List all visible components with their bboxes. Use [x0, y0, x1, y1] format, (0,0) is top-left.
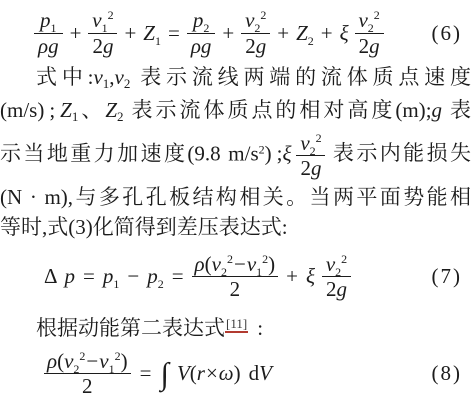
- fraction-denominator: 2g: [241, 33, 270, 57]
- var-rho: ρ: [195, 252, 205, 276]
- fraction-v2sq-over-2g: v222g: [296, 132, 325, 179]
- exponent-2: 2: [316, 131, 322, 145]
- term-Z1: Z1: [60, 98, 78, 122]
- var-xi: ξ: [340, 21, 349, 46]
- fraction-v1sq-over-2g: v12 2g: [88, 9, 117, 56]
- equation-8: ρ(v22−v12) 2 = ∫ V(r×ω) dV (8): [44, 347, 462, 399]
- fraction-numerator: v22: [242, 9, 269, 32]
- num-2: 2: [82, 374, 93, 398]
- term-V-r-cross-omega: V(r×ω): [177, 361, 241, 386]
- unit-newton-meter: (N · m),: [0, 185, 73, 209]
- num-2: 2: [359, 34, 370, 58]
- var-v: v: [358, 8, 367, 32]
- paragraph-line-2: (m/s);Z1、Z2表示流体质点的相对高度(m);g表: [0, 94, 471, 127]
- plus-operator: +: [69, 21, 83, 46]
- var-Z: Z: [296, 21, 308, 45]
- minus-operator: −: [85, 349, 99, 373]
- num-2: 2: [230, 277, 241, 301]
- paragraph-line-5: 等时,式(3)化简得到差压表达式:: [0, 212, 471, 242]
- fraction-denominator: 2g: [296, 155, 325, 179]
- equals-operator: =: [139, 361, 153, 386]
- text-run: 根据动能第二表达式: [36, 316, 225, 340]
- num-2: 2: [300, 156, 311, 180]
- plus-operator: +: [276, 21, 290, 46]
- fraction-denominator: 2g: [88, 33, 117, 57]
- open-paren: (: [205, 252, 212, 276]
- fraction-numerator: p2: [190, 9, 213, 32]
- var-xi: ξ: [282, 141, 291, 165]
- equation-number-8: (8): [432, 361, 463, 386]
- var-v: v: [212, 252, 221, 276]
- cross-product-operator: ×: [205, 361, 219, 385]
- num-2: 2: [92, 34, 103, 58]
- fraction-numerator: v12: [89, 9, 116, 32]
- colon: :: [257, 316, 263, 340]
- var-xi: ξ: [306, 264, 315, 289]
- close-paren: ): [121, 349, 128, 373]
- term-Z1: Z1: [143, 21, 161, 46]
- fraction-denominator: ρg: [34, 33, 63, 57]
- var-v: v: [300, 131, 309, 155]
- minus-operator: −: [233, 252, 247, 276]
- var-g: g: [432, 98, 443, 122]
- fraction-v2sq-over-2g: v22 2g: [241, 9, 270, 56]
- text-run: 等时,式(3)化简得到差压表达式:: [0, 215, 288, 239]
- var-p: p: [193, 8, 204, 32]
- fraction-numerator: v22: [323, 253, 350, 276]
- num-2: 2: [245, 34, 256, 58]
- var-v: v: [326, 252, 335, 276]
- fraction-numerator: v22: [355, 9, 382, 32]
- equation-7: Δ p = p1 − p2 = ρ(v22−v12) 2 + ξ v22 2g …: [44, 247, 462, 305]
- paragraph-line-3: 示当地重力加速度(9.8 m/s2);ξv222g表示内能损失: [0, 127, 471, 182]
- term-v1: v1: [93, 65, 109, 89]
- num-2: 2: [326, 277, 337, 301]
- subscript-1: 1: [155, 34, 161, 48]
- var-p: p: [147, 264, 158, 288]
- enumeration-comma: 、: [78, 98, 105, 122]
- term-Z2: Z2: [105, 98, 123, 122]
- var-g: g: [103, 34, 114, 58]
- var-v: v: [92, 8, 101, 32]
- plus-operator: +: [285, 264, 299, 289]
- unit-9-8-m-per-s2: (9.8 m/s: [187, 141, 258, 165]
- var-Z: Z: [105, 98, 117, 122]
- fraction-denominator: ρg: [187, 33, 216, 57]
- var-p: p: [65, 264, 76, 289]
- fraction-numerator: p1: [37, 9, 60, 32]
- text-run: 表示内能损失: [330, 141, 471, 165]
- close-paren: ): [265, 141, 272, 165]
- close-paren: ): [234, 361, 241, 385]
- integral-symbol: ∫: [160, 358, 169, 389]
- text-run: 表: [447, 98, 471, 122]
- open-paren: (: [190, 361, 197, 385]
- paragraph-line-1: 式中:v1,v2表示流线两端的流体质点速度: [0, 61, 471, 94]
- equation-number-6: (6): [432, 21, 463, 46]
- text-run: 式中:: [36, 65, 93, 89]
- var-rhog: ρg: [38, 34, 59, 58]
- delta-symbol: Δ: [44, 264, 58, 289]
- var-g: g: [311, 156, 322, 180]
- unit-m-per-s: (m/s): [0, 98, 44, 122]
- term-p1: p1: [103, 264, 120, 289]
- subscript-2: 2: [117, 109, 124, 124]
- fraction-rho-v2sq-minus-v1sq-over-2: ρ(v22−v12) 2: [44, 350, 131, 397]
- exponent-2: 2: [260, 8, 266, 22]
- reference-line: 根据动能第二表达式[11]:: [0, 307, 471, 345]
- fraction-v2sq-over-2g: v22 2g: [355, 9, 384, 56]
- equals-operator: =: [171, 264, 185, 289]
- fraction-denominator: 2: [192, 276, 279, 300]
- equation-6: p1 ρg + v12 2g + Z1 = p2 ρg + v22 2g + Z…: [34, 7, 462, 59]
- fraction-p2-over-rhog: p2 ρg: [187, 9, 216, 56]
- term-v2: v2: [115, 65, 131, 89]
- close-paren: ): [268, 252, 275, 276]
- text-run: 示当地重力加速度: [0, 141, 187, 165]
- fraction-numerator: v22: [297, 132, 324, 155]
- var-p: p: [103, 264, 114, 288]
- fraction-numerator: ρ(v22−v12): [192, 253, 279, 276]
- var-g: g: [369, 34, 380, 58]
- var-v: v: [247, 252, 256, 276]
- plus-operator: +: [320, 21, 334, 46]
- term-Z2: Z2: [296, 21, 314, 46]
- term-p2: p2: [147, 264, 164, 289]
- fraction-v2sq-over-2g: v22 2g: [322, 253, 351, 300]
- minus-operator: −: [126, 264, 140, 289]
- var-g: g: [256, 34, 267, 58]
- fraction-denominator: 2g: [322, 276, 351, 300]
- var-v: v: [93, 65, 102, 89]
- exponent-2: 2: [341, 252, 347, 266]
- subscript-2: 2: [124, 76, 131, 91]
- exponent-2: 2: [374, 8, 380, 22]
- document-page: p1 ρg + v12 2g + Z1 = p2 ρg + v22 2g + Z…: [0, 0, 471, 406]
- equals-operator: =: [82, 264, 96, 289]
- var-p: p: [40, 8, 51, 32]
- exponent-2: 2: [108, 8, 114, 22]
- var-rho: ρ: [47, 349, 57, 373]
- text-run: 与多孔孔板结构相关。当两平面势能相: [73, 185, 471, 209]
- text-run: 表示流体质点的相对高度(m): [129, 98, 426, 122]
- var-Z: Z: [143, 21, 155, 45]
- var-rhog: ρg: [191, 34, 212, 58]
- subscript-2: 2: [158, 277, 164, 291]
- var-v: v: [99, 349, 108, 373]
- term-dV: dV: [249, 361, 272, 386]
- fraction-rho-v2sq-minus-v1sq-over-2: ρ(v22−v12) 2: [192, 253, 279, 300]
- var-v: v: [245, 8, 254, 32]
- subscript-1: 1: [113, 277, 119, 291]
- equation-number-7: (7): [432, 264, 463, 289]
- var-v: v: [115, 65, 124, 89]
- var-omega: ω: [219, 361, 234, 385]
- var-Z: Z: [60, 98, 72, 122]
- paragraph-line-4: (N · m),与多孔孔板结构相关。当两平面势能相: [0, 182, 471, 212]
- plus-operator: +: [221, 21, 235, 46]
- fraction-denominator: 2: [44, 373, 131, 397]
- semicolon: ;: [49, 98, 55, 122]
- fraction-denominator: 2g: [355, 33, 384, 57]
- citation-link-11[interactable]: [11]: [225, 316, 248, 333]
- text-run: 表示流线两端的流体质点速度: [135, 65, 471, 89]
- var-V: V: [177, 361, 190, 385]
- var-r: r: [197, 361, 205, 385]
- var-V: V: [259, 361, 272, 385]
- differential-d: d: [249, 361, 260, 385]
- fraction-numerator: ρ(v22−v12): [44, 350, 131, 373]
- plus-operator: +: [123, 21, 137, 46]
- subscript-2: 2: [308, 34, 314, 48]
- fraction-p1-over-rhog: p1 ρg: [34, 9, 63, 56]
- var-g: g: [336, 277, 347, 301]
- equals-operator: =: [167, 21, 181, 46]
